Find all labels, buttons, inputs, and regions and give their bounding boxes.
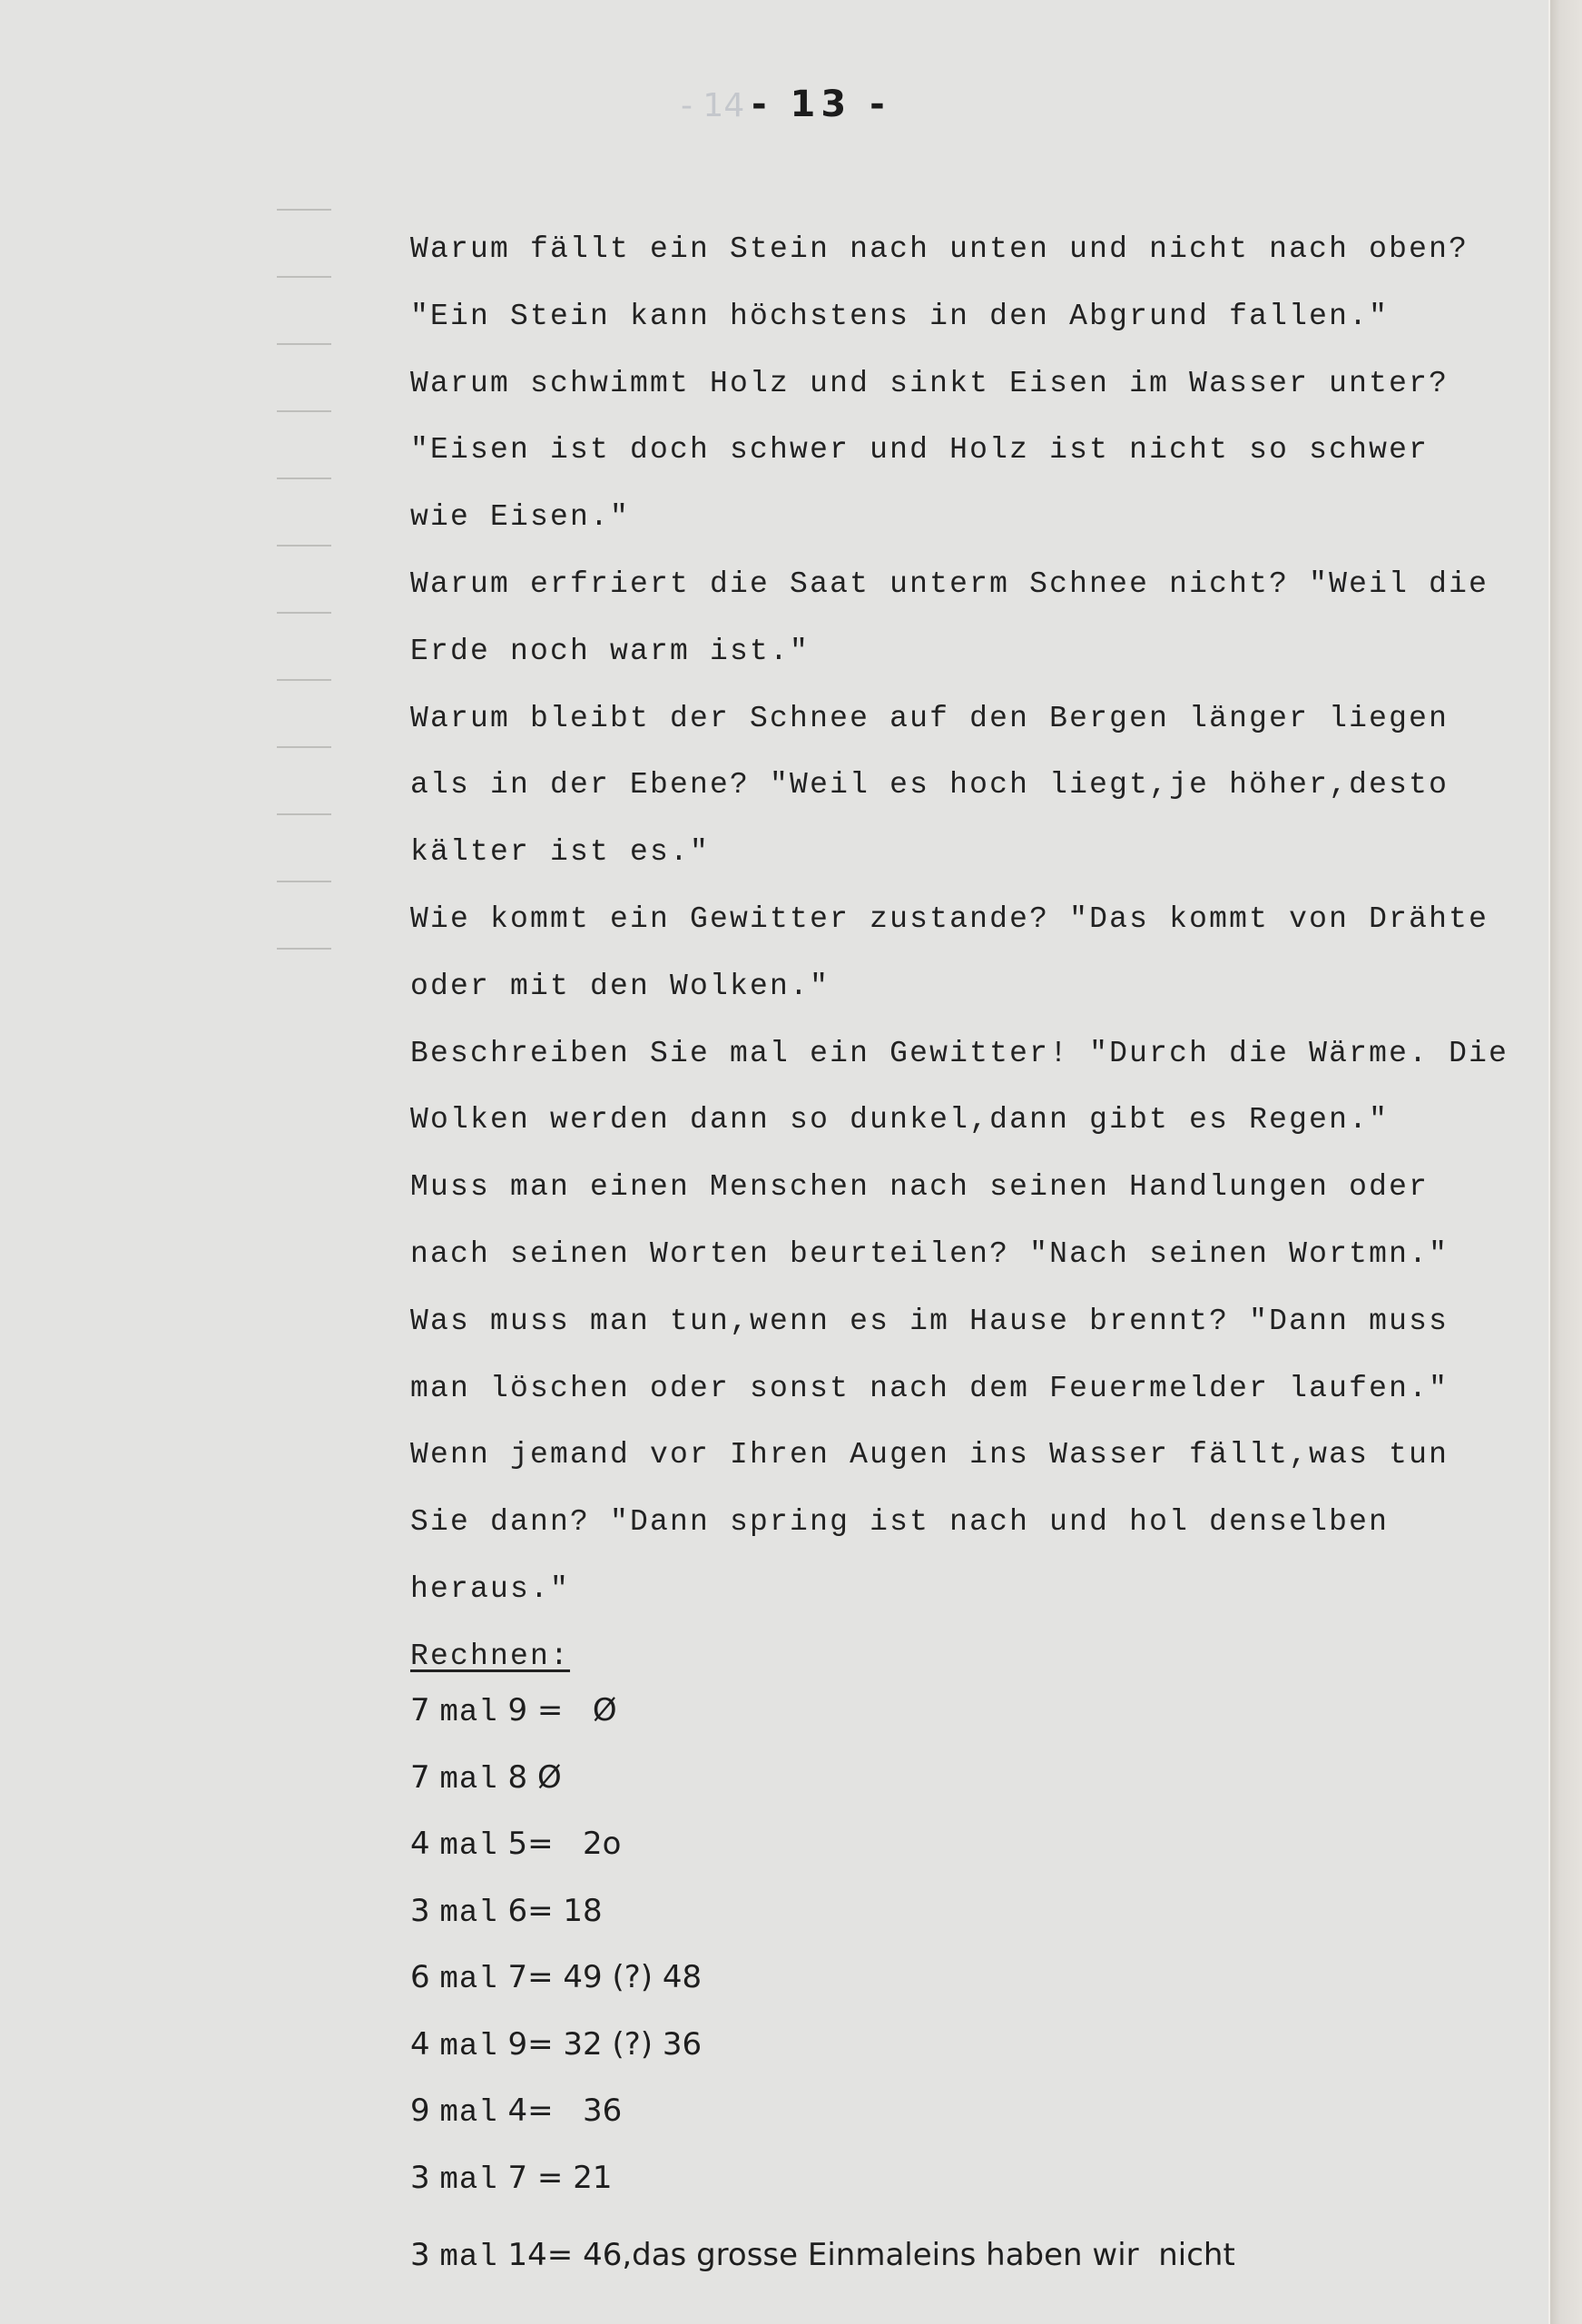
operator: mal [439,1896,497,1931]
operand-b: 4= [507,2093,553,2129]
operand-a: 7 [410,1692,430,1728]
operator: mal [439,1963,497,1997]
margin-marks [277,209,349,1015]
operator: mal [439,2030,497,2064]
text-line: heraus." [410,1556,1554,1623]
typewritten-page: - 14 - - 13 - Warum fällt ein Stein nach… [0,0,1550,2324]
calc-item: 3 mal 6= 18 [410,1878,1235,1945]
text-line: "Eisen ist doch schwer und Holz ist nich… [410,417,1554,484]
text-line: als in der Ebene? "Weil es hoch liegt,je… [410,752,1554,819]
margin-mark [277,881,331,882]
text-line: Warum fällt ein Stein nach unten und nic… [410,216,1554,283]
operator: mal [439,1763,497,1797]
text-line: Muss man einen Menschen nach seinen Hand… [410,1154,1554,1221]
text-line: Warum bleibt der Schnee auf den Bergen l… [410,685,1554,753]
margin-mark [277,948,331,950]
text-line: oder mit den Wolken." [410,953,1554,1020]
interview-text: Warum fällt ein Stein nach unten und nic… [410,216,1554,1690]
operand-a: 3 [410,1893,430,1929]
operand-a: 4 [410,1826,430,1862]
operator: mal [439,1829,497,1864]
operand-b: 6= [507,1893,553,1929]
operand-b: 8 [507,1759,527,1796]
answer: 2o [563,1826,621,1862]
arithmetic-list: 7 mal 9 = Ø 7 mal 8 Ø 4 mal 5= 2o 3 mal … [410,1678,1235,2290]
operand-b: 5= [507,1826,553,1862]
operand-b: 9= [507,2026,553,2063]
calc-item: 9 mal 4= 36 [410,2078,1235,2145]
operand-a: 9 [410,2093,430,2129]
calc-item: 4 mal 5= 2o [410,1811,1235,1878]
text-line: Warum schwimmt Holz und sinkt Eisen im W… [410,350,1554,418]
operand-b: 7= [507,1959,553,1995]
text-line: man löschen oder sonst nach dem Feuermel… [410,1355,1554,1423]
answer: 21 [573,2160,612,2196]
margin-mark [277,746,331,748]
text-line: nach seinen Worten beurteilen? "Nach sei… [410,1221,1554,1288]
margin-mark [277,209,331,211]
operator: mal [439,1696,497,1730]
text-line: Sie dann? "Dann spring ist nach und hol … [410,1489,1554,1556]
text-line: Beschreiben Sie mal ein Gewitter! "Durch… [410,1020,1554,1088]
operand-b: 7 = [507,2160,563,2196]
text-line: Warum erfriert die Saat unterm Schnee ni… [410,551,1554,618]
text-line: Erde noch warm ist." [410,618,1554,685]
margin-mark [277,612,331,614]
page-edge [1548,0,1582,2324]
margin-mark [277,679,331,681]
calc-item: 3 mal 7 = 21 [410,2145,1235,2212]
text-line: Wolken werden dann so dunkel,dann gibt e… [410,1087,1554,1154]
answer: 46,das grosse Einmaleins haben wir nicht [583,2237,1235,2273]
operand-a: 3 [410,2237,430,2273]
answer: 18 [563,1893,602,1929]
operator: mal [439,2240,497,2275]
answer: 49 (?) 48 [563,1959,702,1995]
text-line: Wie kommt ein Gewitter zustande? "Das ko… [410,886,1554,953]
answer: Ø [573,1692,616,1728]
calc-item: 7 mal 9 = Ø [410,1678,1235,1745]
text-line: "Ein Stein kann höchstens in den Abgrund… [410,283,1554,350]
margin-mark [277,343,331,345]
operand-a: 3 [410,2160,430,2196]
text-line: wie Eisen." [410,484,1554,551]
calc-item: 3 mal 14= 46,das grosse Einmaleins haben… [410,2222,1235,2290]
operator: mal [439,2096,497,2131]
margin-mark [277,410,331,412]
answer: Ø [537,1759,562,1796]
calc-item: 7 mal 8 Ø [410,1745,1235,1812]
answer: 32 (?) 36 [563,2026,702,2063]
text-line: Wenn jemand vor Ihren Augen ins Wasser f… [410,1422,1554,1489]
operand-a: 4 [410,2026,430,2063]
text-line: kälter ist es." [410,819,1554,886]
operand-b: 9 = [507,1692,563,1728]
operand-b: 14= [507,2237,573,2273]
margin-mark [277,545,331,547]
margin-mark [277,813,331,815]
text-line: Was muss man tun,wenn es im Hause brennt… [410,1288,1554,1355]
calc-item: 4 mal 9= 32 (?) 36 [410,2012,1235,2079]
page-number: - 13 - [752,84,890,125]
operand-a: 7 [410,1759,430,1796]
operand-a: 6 [410,1959,430,1995]
margin-mark [277,478,331,479]
operator: mal [439,2163,497,2198]
margin-mark [277,276,331,278]
answer: 36 [563,2093,622,2129]
calc-item: 6 mal 7= 49 (?) 48 [410,1945,1235,2012]
